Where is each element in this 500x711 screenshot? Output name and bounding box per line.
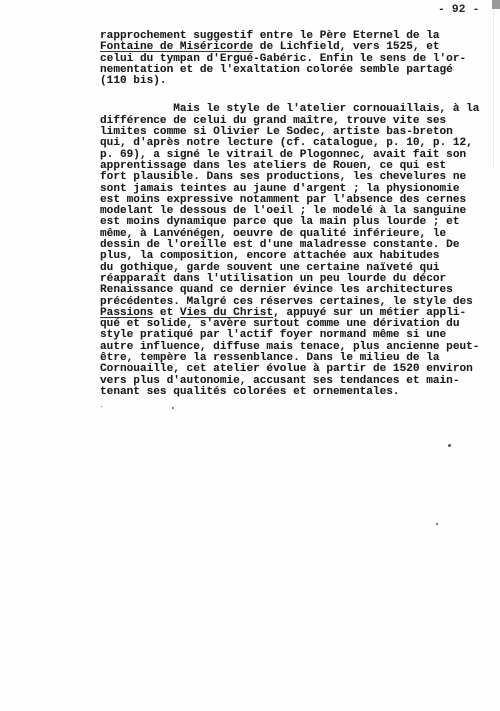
document-page: - 92 - rapprochement suggestif entre le … [0, 0, 500, 711]
text-segment: qui, d'après notre lecture (cf. catalogu… [100, 137, 473, 149]
text-segment: tenant ses qualités colorées et ornement… [100, 386, 400, 398]
scan-speck [101, 406, 102, 407]
text-segment: Renaissance quand ce dernier évince les … [100, 284, 453, 296]
text-segment: du gothique, garde souvent une certaine … [100, 262, 440, 274]
underlined-title: Fontaine de Miséricorde [100, 41, 253, 53]
paragraph: Mais le style de l'atelier cornouaillais… [100, 104, 500, 398]
text-segment: sont jamais teintes au jaune d'argent ; … [100, 183, 460, 195]
text-segment: style pratiqué par l'actif foyer normand… [100, 329, 446, 341]
text-segment: autre influence, diffuse mais tenace, pl… [100, 341, 479, 353]
scan-speck [436, 523, 438, 525]
scan-speck [172, 407, 174, 409]
text-line: (110 bis). [100, 76, 500, 87]
scan-speck [448, 444, 451, 447]
text-line: tenant ses qualités colorées et ornement… [100, 387, 500, 398]
paragraph-gap [100, 87, 500, 104]
text-segment: différence de celui du grand maître, tro… [100, 115, 446, 127]
text-segment: de Lichfield, vers 1525, et [253, 41, 439, 53]
text-segment: fort plausible. Dans ses productions, le… [100, 171, 466, 183]
text-segment: même, à Lanvénégen, oeuvre de qualité in… [100, 228, 446, 240]
text-segment: vers plus d'autonomie, accusant ses tend… [100, 375, 460, 387]
paragraph: rapprochement suggestif entre le Père Et… [100, 31, 500, 87]
page-number: - 92 - [438, 4, 479, 16]
text-segment: p. 69), a signé le vitrail de Plogonnec,… [100, 149, 466, 161]
scan-edge-shadow [492, 0, 500, 9]
text-segment: (110 bis). [100, 75, 167, 87]
text-segment: Mais le style de l'atelier cornouaillais… [100, 103, 479, 115]
text-segment: est moins dynamique parce que la main pl… [100, 216, 460, 228]
text-segment: celui du tympan d'Ergué-Gabéric. Enfin l… [100, 53, 466, 65]
text-segment: plus, la composition, encore attachée au… [100, 250, 440, 262]
text-segment: Cornouaille, cet atelier évolue à partir… [100, 363, 473, 375]
body-text: rapprochement suggestif entre le Père Et… [100, 31, 500, 398]
text-segment: précédentes. Malgré ces réserves certain… [100, 296, 473, 308]
